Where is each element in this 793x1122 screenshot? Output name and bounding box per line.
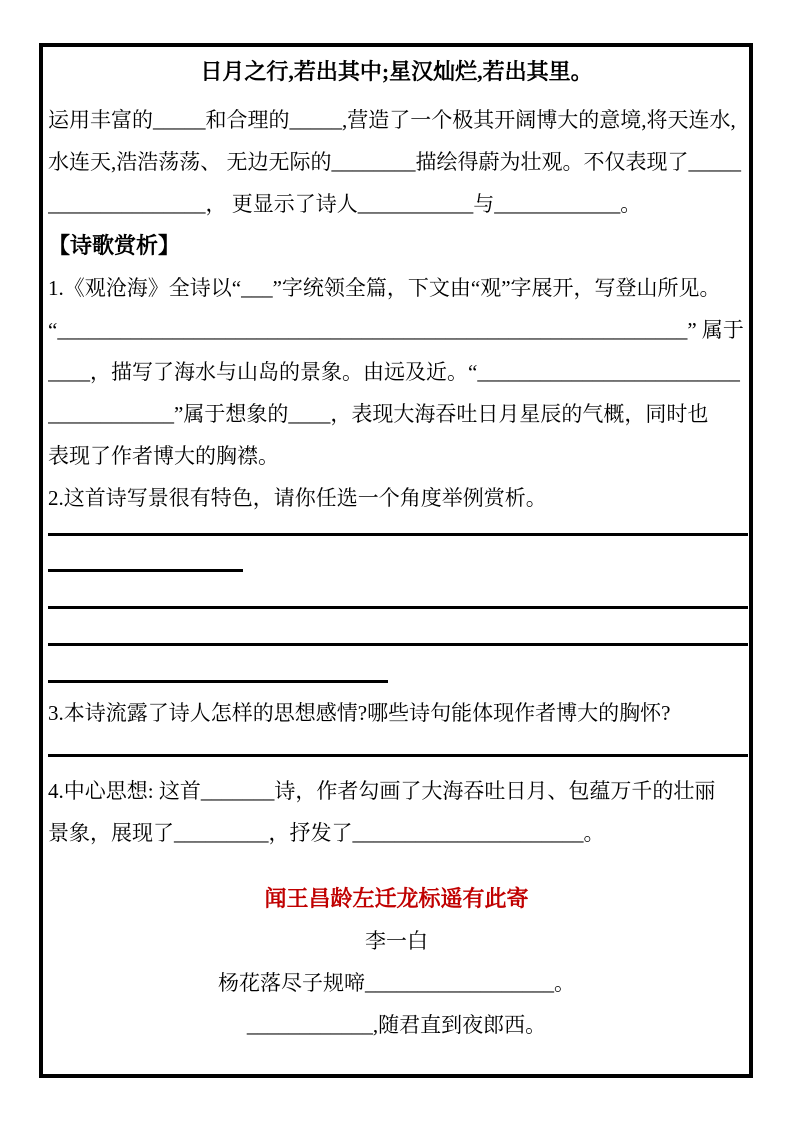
poem2-verse-line-2: ____________,随君直到夜郎西。	[48, 1004, 745, 1046]
poem1-analysis-line-1: 运用丰富的_____和合理的_____,营造了一个极其开阔博大的意境,将天连水,	[48, 99, 745, 141]
answer-line-full	[48, 609, 748, 646]
question2-text: 2.这首诗写景很有特色，请你任选一个角度举例赏析。	[48, 477, 745, 519]
question4-line-1: 4.中心思想: 这首_______诗，作者勾画了大海吞吐日月、包蕴万千的壮丽	[48, 770, 745, 812]
answer-line-short	[48, 536, 243, 572]
answer-line-medium	[48, 646, 388, 683]
question1-line-4: ____________”属于想象的____，表现大海吞吐日月星辰的气概，同时也	[48, 393, 745, 435]
poem2-title: 闻王昌龄左迁龙标遥有此寄	[48, 878, 745, 920]
answer-line-full	[48, 734, 748, 757]
question3-text: 3.本诗流露了诗人怎样的思想感情?哪些诗句能体现作者博大的胸怀?	[48, 692, 745, 734]
answer-line-full	[48, 519, 748, 536]
question1-line-5: 表现了作者博大的胸襟。	[48, 435, 745, 477]
poem1-quote-line: 日月之行,若出其中;星汉灿烂,若出其里。	[48, 51, 745, 93]
analysis-section-heading: 【诗歌赏析】	[48, 225, 745, 267]
question1-line-3: ____，描写了海水与山岛的景象。由远及近。“_________________…	[48, 351, 745, 393]
worksheet-frame: 日月之行,若出其中;星汉灿烂,若出其里。 运用丰富的_____和合理的_____…	[39, 43, 753, 1078]
poem1-analysis-line-2: 水连天,浩浩荡荡、 无边无际的________描绘得蔚为壮观。不仅表现了____…	[48, 141, 745, 183]
poem2-verse-line-1: 杨花落尽子规啼__________________。	[48, 962, 745, 1004]
question4-line-2: 景象，展现了_________，抒发了_____________________…	[48, 812, 745, 854]
question1-line-1: 1.《观沧海》全诗以“___”字统领全篇，下文由“观”字展开，写登山所见。	[48, 267, 745, 309]
page-background: { "page": { "background": "#ffffff", "bo…	[0, 0, 793, 1122]
question1-line-2: “_______________________________________…	[48, 309, 745, 351]
answer-line-full	[48, 572, 748, 609]
poem2-author: 李一白	[48, 920, 745, 962]
poem1-analysis-line-3: _______________， 更显示了诗人___________与_____…	[48, 183, 745, 225]
